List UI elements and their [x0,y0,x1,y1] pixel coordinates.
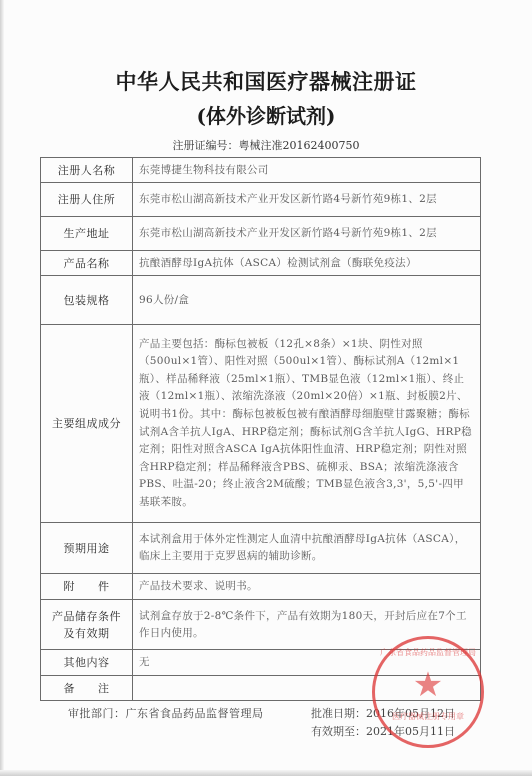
document-subtitle: (体外诊断试剂) [0,100,532,129]
table-row: 预期用途 本试剂盒用于体外定性测定人血清中抗酿酒酵母IgA抗体（ASCA），临床… [41,523,481,574]
registrant-name: 东莞博捷生物科技有限公司 [133,158,481,183]
valid-until-date: 有效期至：2021年05月11日 [311,723,455,739]
certificate-page: 中华人民共和国医疗器械注册证 (体外诊断试剂) 注册证编号：粤械注准201624… [0,0,532,776]
row-label: 预期用途 [41,523,133,574]
table-row: 生产地址 东莞市松山湖高新技术产业开发区新竹路4号新竹苑9栋1、2层 [41,217,481,251]
production-address: 东莞市松山湖高新技术产业开发区新竹路4号新竹苑9栋1、2层 [133,217,481,251]
table-row: 主要组成成分 产品主要包括：酶标包被板（12孔×8条）×1块、阴性对照（500u… [41,325,481,523]
row-label: 生产地址 [41,217,133,251]
row-label: 产品储存条件及有效期 [41,600,133,650]
main-components: 产品主要包括：酶标包被板（12孔×8条）×1块、阴性对照（500ul×1管）、阳… [133,325,481,523]
row-label: 注册人住所 [41,183,133,217]
table-row: 其他内容 无 [41,650,481,676]
table-row: 产品储存条件及有效期 试剂盒存放于2-8℃条件下，产品有效期为180天，开封后应… [41,600,481,650]
table-row: 注册人住所 东莞市松山湖高新技术产业开发区新竹路4号新竹苑9栋1、2层 [41,183,481,217]
package-spec: 96人份/盒 [133,276,481,325]
row-label: 主要组成成分 [41,325,133,523]
table-row: 附 件 产品技术要求、说明书。 [41,574,481,600]
page-bottom-shadow [0,770,532,776]
row-label: 附 件 [41,574,133,600]
table-row: 产品名称 抗酿酒酵母IgA抗体（ASCA）检测试剂盒（酶联免疫法） [41,251,481,276]
intended-use: 本试剂盒用于体外定性测定人血清中抗酿酒酵母IgA抗体（ASCA），临床上主要用于… [133,523,481,574]
approval-date: 批准日期：2016年05月12日 [311,705,455,721]
registrant-address: 东莞市松山湖高新技术产业开发区新竹路4号新竹苑9栋1、2层 [133,183,481,217]
table-row: 备 注 [41,676,481,701]
approval-department: 审批部门：广东省食品药品监督管理局 [68,705,264,721]
row-label: 包装规格 [41,276,133,325]
storage-validity: 试剂盒存放于2-8℃条件下，产品有效期为180天，开封后应在7个工作日内使用。 [133,600,481,650]
registration-table: 注册人名称 东莞博捷生物科技有限公司 注册人住所 东莞市松山湖高新技术产业开发区… [40,157,481,701]
row-label: 注册人名称 [41,158,133,183]
product-name: 抗酿酒酵母IgA抗体（ASCA）检测试剂盒（酶联免疫法） [133,251,481,276]
table-row: 注册人名称 东莞博捷生物科技有限公司 [41,158,481,183]
row-label: 其他内容 [41,650,133,676]
document-title: 中华人民共和国医疗器械注册证 [0,66,532,96]
row-label: 备 注 [41,676,133,701]
row-label: 产品名称 [41,251,133,276]
table-row: 包装规格 96人份/盒 [41,276,481,325]
registration-number: 注册证编号：粤械注准20162400750 [0,137,532,153]
other-content: 无 [133,650,481,676]
attachments: 产品技术要求、说明书。 [133,574,481,600]
remarks [133,676,481,701]
